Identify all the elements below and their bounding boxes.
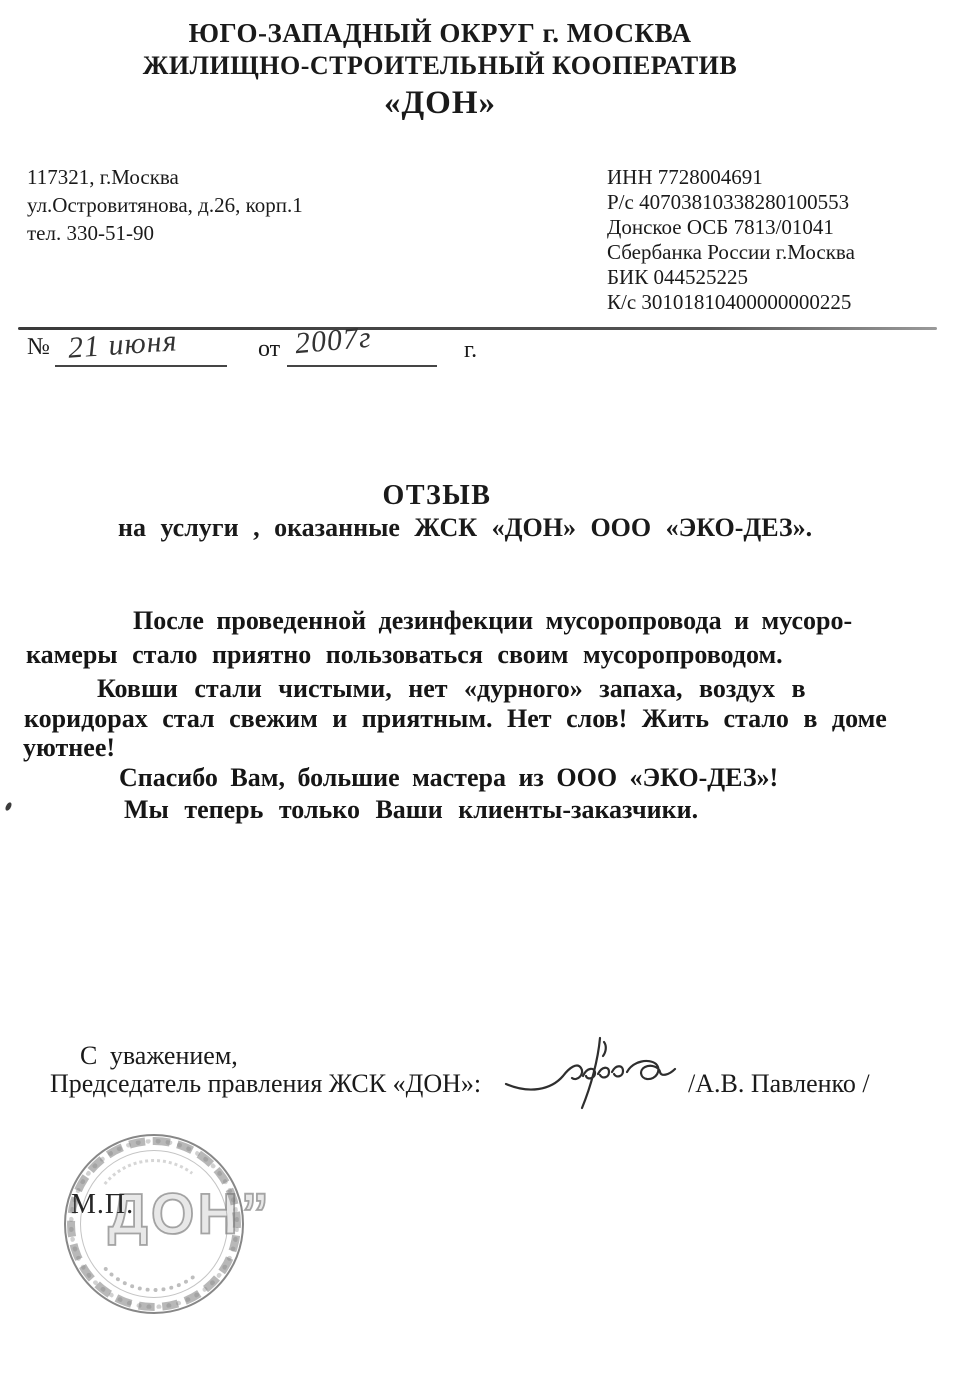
round-stamp: ДОН” <box>64 1134 244 1314</box>
body-line: Спасибо Вам, большие мастера из ООО «ЭКО… <box>119 763 778 793</box>
header-district-line: ЮГО-ЗАПАДНЫЙ ОКРУГ г. МОСКВА <box>0 16 880 50</box>
org-header: ЮГО-ЗАПАДНЫЙ ОКРУГ г. МОСКВА ЖИЛИЩНО-СТР… <box>0 16 880 122</box>
review-title: ОТЗЫВ <box>0 480 874 512</box>
body-line: коридорах стал свежим и приятным. Нет сл… <box>24 704 887 734</box>
signer-position: Председатель правления ЖСК «ДОН»: <box>50 1069 481 1099</box>
org-name: «ДОН» <box>0 84 880 122</box>
scan-speck <box>5 801 13 811</box>
from-label: от <box>258 336 280 363</box>
doc-date-underline <box>287 365 437 367</box>
bank-account: Р/с 40703810338280100553 <box>607 190 855 215</box>
body-line: камеры стало приятно пользоваться своим … <box>26 640 783 670</box>
doc-number-handwritten: 21 июня <box>67 324 179 366</box>
closing-salutation: С уважением, <box>80 1041 238 1071</box>
sender-street: ул.Островитянова, д.26, корп.1 <box>27 191 303 219</box>
bank-corr-account: К/с 30101810400000000225 <box>607 290 855 315</box>
sender-address-block: 117321, г.Москва ул.Островитянова, д.26,… <box>27 163 303 247</box>
body-line: Мы теперь только Ваши клиенты-заказчики. <box>124 795 698 825</box>
sender-postal-city: 117321, г.Москва <box>27 163 303 191</box>
bank-inn: ИНН 7728004691 <box>607 165 855 190</box>
doc-number-underline <box>55 365 227 367</box>
bank-name: Сбербанка России г.Москва <box>607 240 855 265</box>
signature-stroke <box>503 1034 688 1112</box>
review-subtitle: на услуги , оказанные ЖСК «ДОН» ООО «ЭКО… <box>118 513 812 543</box>
doc-date-handwritten: 2007г <box>294 321 373 362</box>
signer-name: /А.В. Павленко / <box>688 1069 870 1099</box>
body-line: После проведенной дезинфекции мусоропров… <box>133 606 852 636</box>
mp-label: М.П. <box>71 1189 134 1221</box>
body-line: уютнее! <box>23 733 115 763</box>
sender-phone: тел. 330-51-90 <box>27 219 303 247</box>
scanned-letter-page: ЮГО-ЗАПАДНЫЙ ОКРУГ г. МОСКВА ЖИЛИЩНО-СТР… <box>0 0 968 1376</box>
year-suffix: г. <box>464 337 477 364</box>
header-cooperative-line: ЖИЛИЩНО-СТРОИТЕЛЬНЫЙ КООПЕРАТИВ <box>0 50 880 82</box>
bank-bik: БИК 044525225 <box>607 265 855 290</box>
bank-details-block: ИНН 7728004691 Р/с 40703810338280100553 … <box>607 165 855 315</box>
body-line: Ковши стали чистыми, нет «дурного» запах… <box>97 674 806 704</box>
doc-number-label: № <box>27 334 50 361</box>
bank-branch: Донское ОСБ 7813/01041 <box>607 215 855 240</box>
